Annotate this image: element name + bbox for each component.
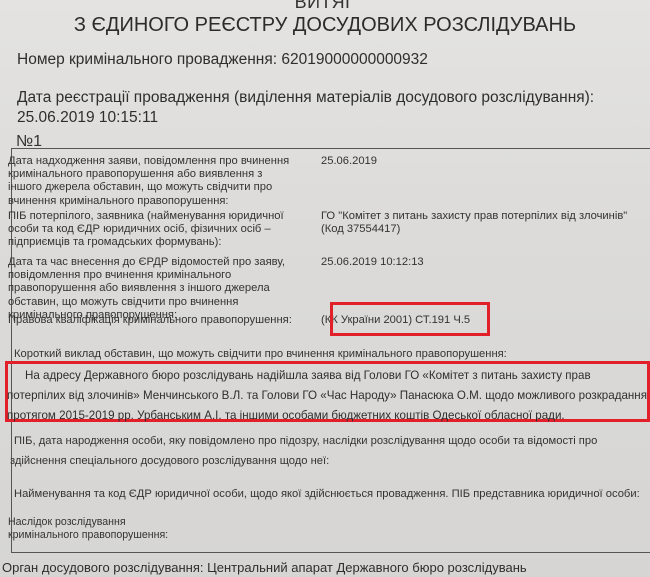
- document-title-line2: З ЄДИНОГО РЕЄСТРУ ДОСУДОВИХ РОЗСЛІДУВАНЬ: [0, 14, 650, 37]
- legal-entity-label: Найменування та код ЄДР юридичної особи,…: [14, 488, 640, 500]
- document-title-line1: ВИТЯГ: [0, 0, 650, 13]
- qualification-highlight-box: [330, 302, 490, 336]
- result-label: Наслідок розслідування кримінального пра…: [8, 516, 198, 541]
- summary-label: Короткий виклад обставин, що можуть свід…: [14, 348, 507, 360]
- row-label-receipt-date: Дата надходження заяви, повідомлення про…: [8, 155, 298, 208]
- summary-text: На адресу Державного бюро розслідувань н…: [7, 366, 647, 426]
- row-label-erdr-date: Дата та час внесення до ЄРДР відомостей …: [8, 256, 313, 322]
- investigating-body: Орган досудового розслідування: Централь…: [2, 560, 527, 575]
- row-label-legal-qualification: Правова кваліфікація кримінального право…: [8, 314, 308, 327]
- row-value-receipt-date: 25.06.2019: [321, 155, 650, 168]
- row-value-erdr-date: 25.06.2019 10:12:13: [321, 256, 650, 269]
- case-number: Номер кримінального провадження: 6201900…: [17, 51, 428, 69]
- registration-date: Дата реєстрації провадження (виділення м…: [17, 88, 637, 128]
- row-label-victim: ПІБ потерпілого, заявника (найменування …: [8, 210, 308, 250]
- row-value-victim: ГО "Комітет з питань захисту прав потерп…: [321, 210, 646, 236]
- suspect-label: ПІБ, дата народження особи, яку повідомл…: [10, 431, 640, 471]
